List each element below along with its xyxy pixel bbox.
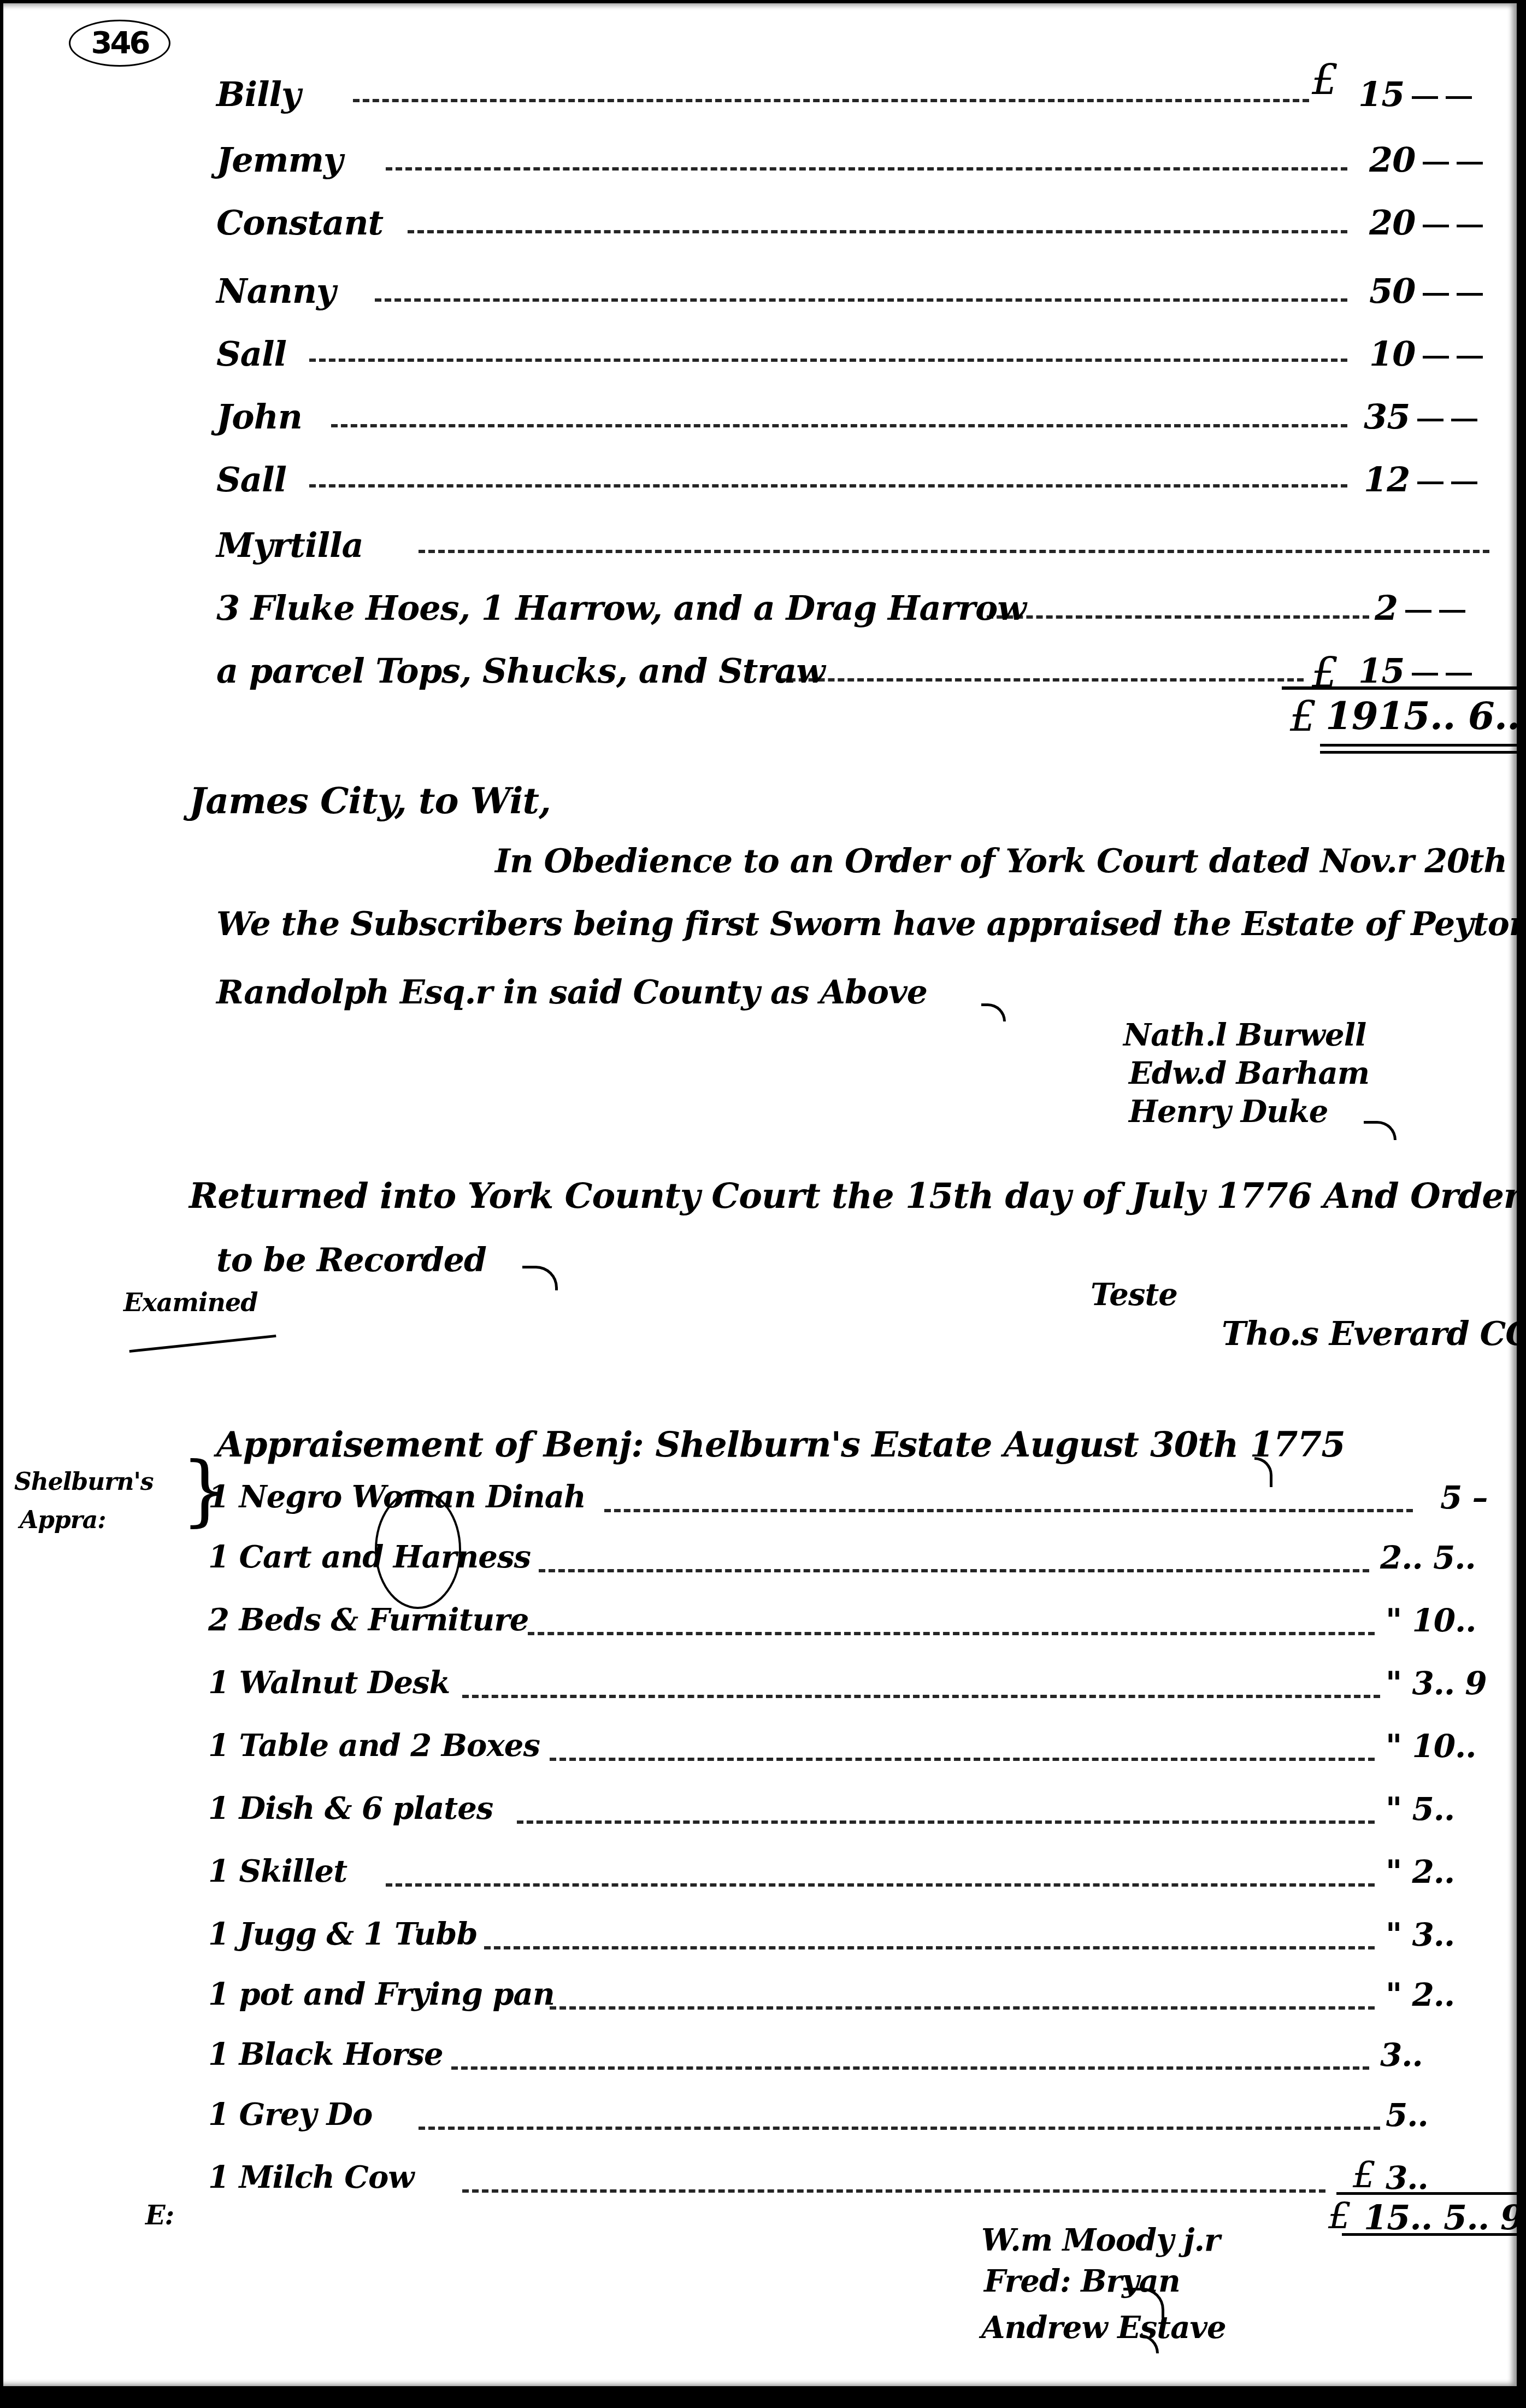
item-label: 1 Negro Woman Dinah bbox=[208, 1479, 586, 1515]
item-amount: 20 bbox=[1369, 203, 1483, 243]
leader-dots bbox=[462, 2189, 1325, 2193]
flourish-mark bbox=[981, 1003, 1006, 1021]
item-amount: " 2.. bbox=[1386, 1976, 1454, 2013]
currency-symbol: £ bbox=[1290, 692, 1316, 741]
leader-dots bbox=[309, 484, 1347, 488]
signature: Nath.l Burwell bbox=[1123, 1017, 1366, 1053]
flourish-mark bbox=[1364, 1121, 1397, 1140]
item-label: Constant bbox=[216, 203, 383, 243]
item-label: 1 Black Horse bbox=[208, 2036, 443, 2072]
flourish-mark bbox=[522, 1266, 558, 1290]
item-label: Billy bbox=[216, 74, 301, 114]
list2-total: 15.. 5.. 9 bbox=[1364, 2198, 1523, 2237]
item-label: 1 Dish & 6 plates bbox=[208, 1790, 493, 1826]
leader-dots bbox=[419, 2127, 1380, 2130]
leader-dots bbox=[353, 99, 1309, 102]
item-label: 1 Table and 2 Boxes bbox=[208, 1728, 540, 1764]
item-amount: 35 bbox=[1364, 397, 1477, 437]
return-line: Returned into York County Court the 15th… bbox=[189, 1176, 1526, 1217]
leader-dots bbox=[408, 230, 1347, 233]
item-label: Jemmy bbox=[216, 140, 343, 180]
item-amount: 12 bbox=[1364, 460, 1477, 500]
item-amount: 15 bbox=[1358, 74, 1472, 114]
leader-dots bbox=[451, 2066, 1369, 2070]
item-label: 1 Skillet bbox=[208, 1853, 347, 1889]
item-amount: " 5.. bbox=[1386, 1790, 1454, 1828]
currency-symbol: £ bbox=[1353, 2154, 1376, 2196]
list2-heading: Appraisement of Benj: Shelburn's Estate … bbox=[216, 1424, 1345, 1465]
examined-note: Examined bbox=[123, 1288, 257, 1317]
item-label: a parcel Tops, Shucks, and Straw bbox=[216, 651, 825, 691]
item-label: 1 Jugg & 1 Tubb bbox=[208, 1916, 478, 1952]
leader-dots bbox=[386, 1883, 1375, 1887]
leader-dots bbox=[550, 1758, 1375, 1761]
item-label: 1 Cart and Harness bbox=[208, 1539, 531, 1575]
item-label: John bbox=[216, 397, 302, 437]
clerk-signature: Tho.s Everard CCC bbox=[1222, 1315, 1526, 1353]
item-label: 3 Fluke Hoes, 1 Harrow, and a Drag Harro… bbox=[216, 588, 1026, 628]
item-amount: 15 bbox=[1358, 651, 1472, 691]
item-label: 1 pot and Frying pan bbox=[208, 1976, 555, 2012]
leader-dots bbox=[539, 1569, 1369, 1572]
item-amount: 5.. bbox=[1386, 2096, 1428, 2134]
leader-dots bbox=[604, 1509, 1413, 1512]
total-double-rule bbox=[1320, 751, 1517, 754]
leader-dots bbox=[517, 1820, 1375, 1824]
margin-note-line: Appra: bbox=[20, 1506, 106, 1534]
examined-underline bbox=[129, 1335, 276, 1353]
page-number: 346 bbox=[69, 20, 170, 67]
item-label: 1 Walnut Desk bbox=[208, 1665, 450, 1701]
corner-mark: E: bbox=[145, 2200, 174, 2231]
item-label: 1 Grey Do bbox=[208, 2096, 372, 2133]
leader-dots bbox=[550, 2006, 1375, 2010]
item-label: Sall bbox=[216, 334, 286, 374]
currency-symbol: £ bbox=[1312, 55, 1338, 104]
item-amount: 3.. bbox=[1386, 2159, 1428, 2196]
teste-label: Teste bbox=[1091, 1277, 1177, 1313]
return-line: to be Recorded bbox=[216, 1241, 486, 1279]
certificate-line: Randolph Esq.r in said County as Above bbox=[216, 973, 927, 1012]
item-amount: " 10.. bbox=[1386, 1602, 1476, 1639]
item-amount: 2.. 5.. bbox=[1380, 1539, 1476, 1576]
leader-dots bbox=[419, 550, 1489, 553]
item-amount: " 3.. 9 bbox=[1386, 1665, 1487, 1702]
item-amount: 20 bbox=[1369, 140, 1483, 180]
leader-dots bbox=[331, 424, 1347, 427]
item-label: Myrtilla bbox=[216, 525, 363, 565]
certificate-heading: James City, to Wit, bbox=[189, 779, 551, 822]
signature: Henry Duke bbox=[1129, 1094, 1328, 1130]
item-amount: " 10.. bbox=[1386, 1728, 1476, 1765]
leader-dots bbox=[779, 678, 1304, 682]
margin-note-line: Shelburn's bbox=[14, 1468, 154, 1496]
item-label: 2 Beds & Furniture bbox=[208, 1602, 528, 1638]
item-amount: " 2.. bbox=[1386, 1853, 1454, 1890]
leader-dots bbox=[462, 1695, 1380, 1698]
scan-bottom-edge bbox=[0, 2386, 1526, 2408]
certificate-line: We the Subscribers being first Sworn hav… bbox=[216, 905, 1526, 943]
item-amount: 2 bbox=[1375, 588, 1465, 628]
item-amount: 10 bbox=[1369, 334, 1483, 374]
signature: Edw.d Barham bbox=[1129, 1055, 1369, 1091]
total-double-rule bbox=[1320, 744, 1517, 747]
leader-dots bbox=[528, 1632, 1375, 1635]
currency-symbol: £ bbox=[1328, 2195, 1351, 2237]
item-amount: 5 – bbox=[1440, 1479, 1488, 1516]
leader-dots bbox=[309, 359, 1347, 362]
leader-dots bbox=[987, 615, 1369, 619]
item-label: Nanny bbox=[216, 271, 335, 311]
ledger-page: 346 £ Billy 15 Jemmy 20 Constant 20 Nann… bbox=[3, 3, 1517, 2386]
item-amount: " 3.. bbox=[1386, 1916, 1454, 1953]
total-rule bbox=[1336, 2192, 1517, 2195]
signature: Andrew Estave bbox=[981, 2310, 1226, 2346]
item-label: 1 Milch Cow bbox=[208, 2159, 414, 2195]
certificate-line: In Obedience to an Order of York Court d… bbox=[495, 842, 1526, 880]
total-double-rule bbox=[1342, 2233, 1517, 2236]
leader-dots bbox=[375, 298, 1347, 302]
item-label: Sall bbox=[216, 460, 286, 500]
leader-dots bbox=[484, 1946, 1375, 1949]
leader-dots bbox=[386, 167, 1347, 171]
item-amount: 50 bbox=[1369, 271, 1483, 311]
total-rule bbox=[1282, 686, 1517, 690]
list1-total: 1915.. 6.. 9 bbox=[1325, 693, 1526, 738]
signature: W.m Moody j.r bbox=[981, 2222, 1220, 2258]
item-amount: 3.. bbox=[1380, 2036, 1423, 2074]
